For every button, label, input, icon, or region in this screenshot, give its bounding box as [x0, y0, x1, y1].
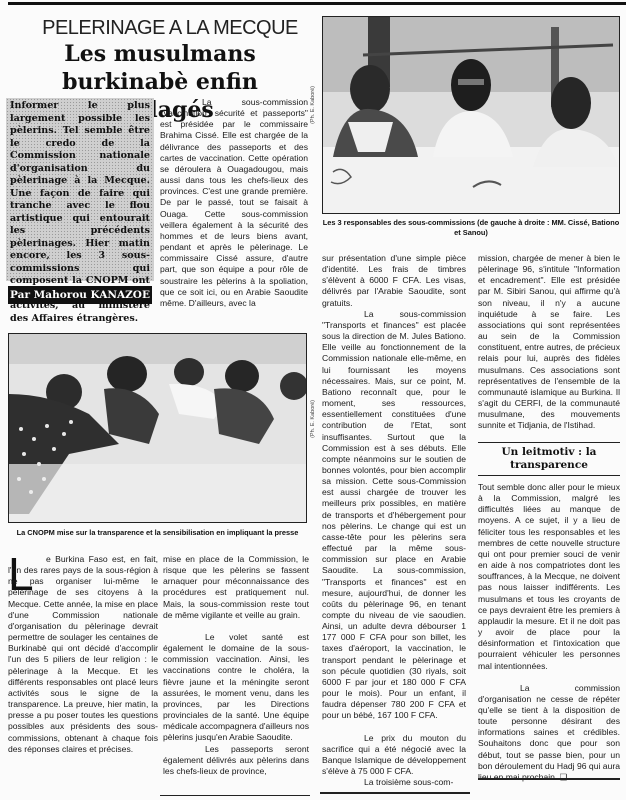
- paragraph: La troisième sous-com-: [322, 777, 466, 788]
- paragraph: Tout semble donc aller pour le mieux à l…: [478, 482, 620, 672]
- column-1-bottom: e Burkina Faso est, en fait, l'un des ra…: [8, 554, 158, 755]
- column-3: sur présentation d'une simple pièce d'id…: [322, 253, 466, 788]
- paragraph: La sous-commission "Transports et financ…: [322, 309, 466, 722]
- top-rule: [8, 2, 626, 5]
- column-rule: [320, 792, 470, 794]
- photo-illustration: [323, 17, 620, 214]
- column-4-top: mission, chargée de mener à bien le pèle…: [478, 253, 620, 432]
- lead-box: Informer le plus largement possible les …: [6, 98, 154, 281]
- photo-caption: La CNOPM mise sur la transparence et la …: [8, 528, 307, 538]
- paragraph: La sous-commission "Vaccination, sécurit…: [160, 97, 308, 309]
- photo-cnopm-press: [8, 333, 307, 523]
- column-rule: [478, 778, 620, 780]
- section-kicker: PELERINAGE A LA MECQUE: [30, 17, 310, 40]
- subheading: Un leitmotiv : la transparence: [478, 442, 620, 476]
- photo-caption: Les 3 responsables des sous-commissions …: [322, 218, 620, 238]
- paragraph: Le prix du mouton du sacrifice qui a été…: [322, 733, 466, 778]
- paragraph: e Burkina Faso est, en fait, l'un des ra…: [8, 554, 158, 755]
- photo-credit: (Ph. E. Kaboré): [310, 400, 316, 438]
- byline: Par Mahorou KANAZOE: [8, 286, 152, 304]
- photo-top-three-officials: [322, 16, 620, 214]
- paragraph: sur présentation d'une simple pièce d'id…: [322, 253, 466, 309]
- paragraph: mission, chargée de mener à bien le pèle…: [478, 253, 620, 432]
- column-4-bottom: Tout semble donc aller pour le mieux à l…: [478, 482, 620, 783]
- paragraph: mise en place de la Commission, le risqu…: [163, 554, 309, 621]
- paragraph: Le volet santé est également le domaine …: [163, 632, 309, 744]
- column-2-top: La sous-commission "Vaccination, sécurit…: [160, 97, 308, 309]
- column-rule: [160, 795, 310, 796]
- photo-credit: (Ph. E. Kaboré): [310, 86, 316, 124]
- column-2-bottom: mise en place de la Commission, le risqu…: [163, 554, 309, 777]
- paragraph: La commission d'organisation ne cesse de…: [478, 683, 620, 783]
- photo-illustration: [9, 334, 307, 523]
- paragraph: Les passeports seront également délivrés…: [163, 744, 309, 777]
